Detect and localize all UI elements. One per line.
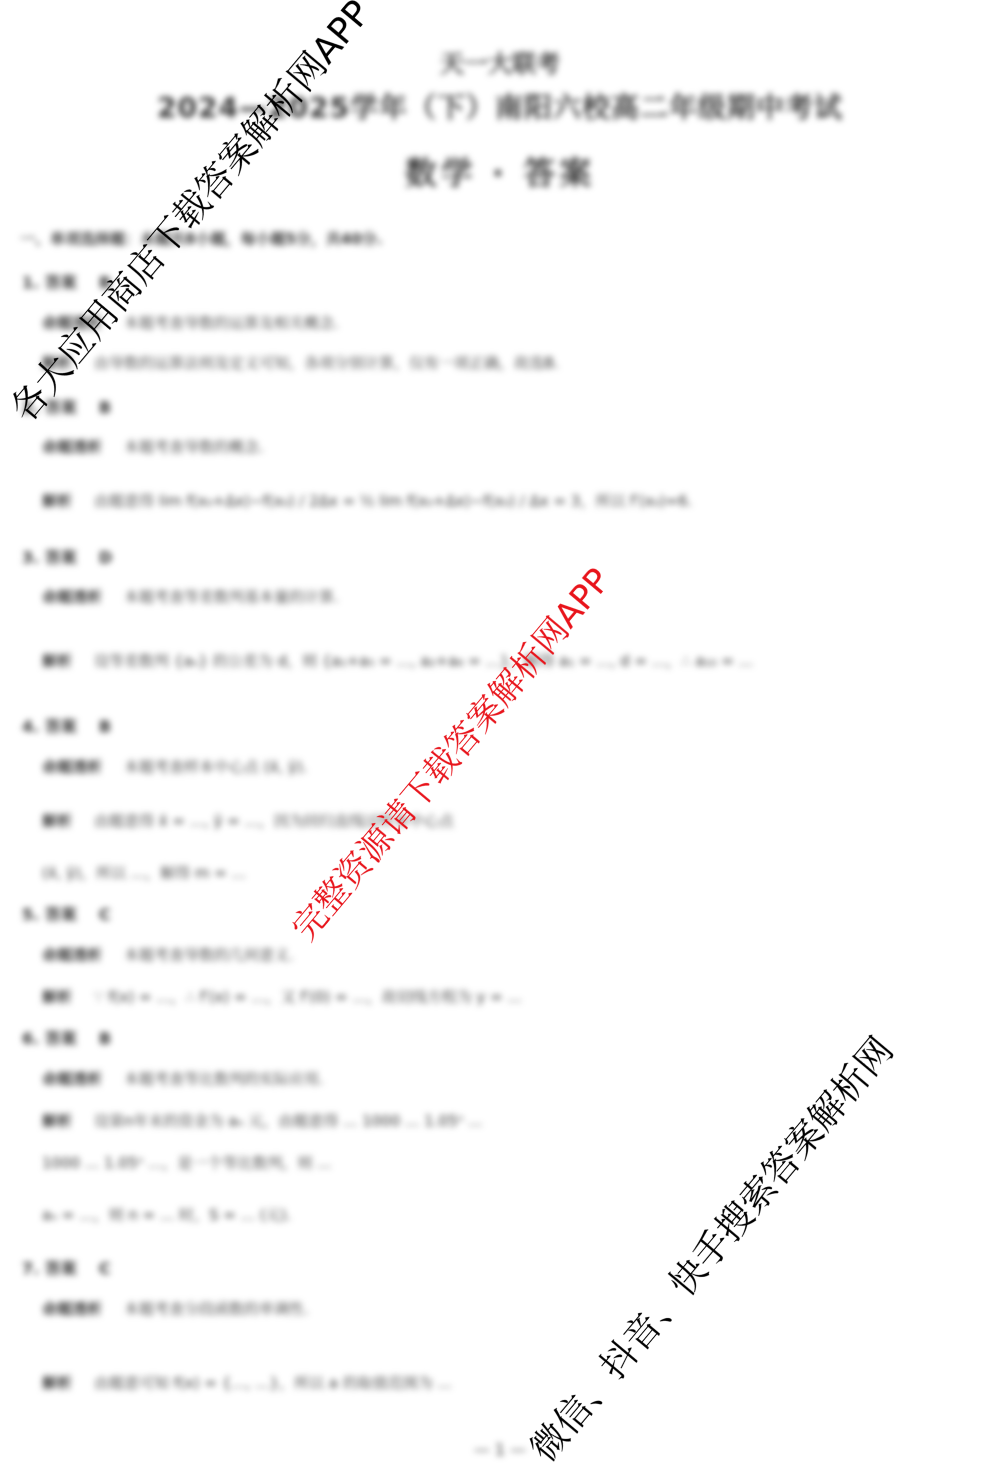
watermark-center: 完整资源请下载答案解析网APP (278, 556, 619, 949)
question-6-answer: 6. 答案B (22, 1026, 111, 1049)
exam-title: 2024—2025学年（下）南阳六校高二年级期中考试 (0, 86, 1000, 126)
question-7-line: 解析由题意可知 f(x) = {..., ...}，所以 a 的取值范围为 ..… (42, 1372, 452, 1393)
question-3-answer: 3. 答案D (22, 545, 112, 568)
question-4-answer: 4. 答案B (22, 714, 111, 737)
question-3-line: 命题透析本题考查等差数列基本量的计算. (42, 586, 339, 607)
org-title: 天一大联考 (0, 44, 1000, 79)
answer-document-page: 天一大联考 2024—2025学年（下）南阳六校高二年级期中考试 数学 · 答案… (0, 0, 1000, 1480)
subject-title: 数学 · 答案 (0, 148, 1000, 194)
watermark-bottom-right: 微信、抖音、快手搜索答案解析网 (517, 1025, 903, 1471)
question-5-line: 命题透析本题考查导数的几何意义. (42, 944, 294, 965)
question-4-line: 命题透析本题考查样本中心点 (x̄, ȳ). (42, 756, 308, 777)
question-3-line: 解析设等差数列 {aₙ} 的公差为 d，则 {a₁+a₅ = ..., a₂+a… (42, 650, 753, 671)
question-4-line: (x̄, ȳ)，所以 ...，解得 m = ... (42, 862, 246, 883)
question-2-line: 解析由题意得 lim f(x₀+Δx)−f(x₀) / 2Δx = ½ lim … (42, 490, 692, 511)
question-5-line: 解析∵ f(x) = ...，∴ f′(x) = ...，又 f′(0) = .… (42, 986, 522, 1007)
question-1-line: 解析由导数的运算法则及定义可知，各项分别计算，仅有一项正确，故选B. (42, 352, 559, 373)
question-6-line: 1000 ... 1.05ⁿ ...，是一个等比数列，则 ... (42, 1152, 332, 1173)
question-6-line: aₙ = ...，则 n = ... 时，S = ... (元). (42, 1204, 291, 1225)
question-2-line: 命题透析本题考查导数的概念. (42, 436, 264, 457)
question-5-answer: 5. 答案C (22, 902, 111, 925)
question-6-line: 解析设第n年末的资金为 aₙ 元，由题意得 ... 1000 ... 1.05ⁿ… (42, 1110, 483, 1131)
page-number: — 1 — (0, 1440, 1000, 1459)
question-7-answer: 7. 答案C (22, 1256, 111, 1279)
question-6-line: 命题透析本题考查等比数列的实际应用. (42, 1068, 324, 1089)
question-7-line: 命题透析本题考查分段函数的单调性. (42, 1298, 309, 1319)
